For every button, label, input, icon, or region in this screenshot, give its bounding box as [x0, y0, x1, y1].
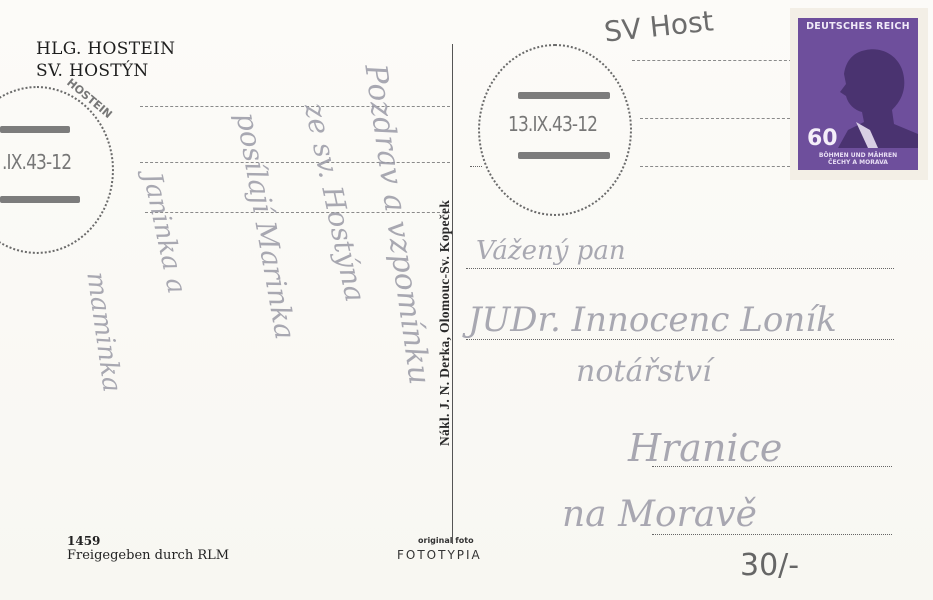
title-line-2: SV. HOSTÝN	[36, 60, 149, 82]
pencil-note-bottom: 30/-	[740, 548, 799, 583]
postcard-back: HLG. HOSTEIN SV. HOSTÝN .IX.43-12 HOSTEI…	[0, 0, 933, 600]
catalog-number: 1459	[67, 534, 100, 548]
message-line: maminka	[80, 270, 127, 394]
address-line: na Moravě	[562, 494, 757, 535]
publisher-imprint: Nákl. J. N. Derka, Olomouc-Sv. Kopeček	[437, 200, 453, 446]
postmark-bar	[0, 126, 70, 133]
address-rule	[466, 268, 894, 269]
address-line: Hranice	[628, 426, 782, 470]
stamp-design: DEUTSCHES REICH 60 BÖHMEN UND MÄHREN ČEC…	[798, 18, 918, 170]
stamp-footer-line-1: BÖHMEN UND MÄHREN	[798, 152, 918, 159]
postmark-left-date: .IX.43-12	[2, 150, 71, 174]
postmark-bar	[518, 152, 610, 159]
title-line-1: HLG. HOSTEIN	[36, 38, 175, 60]
stamp-footer-line-2: ČECHY A MORAVA	[798, 159, 918, 166]
cancel-line	[640, 166, 790, 167]
stamp-header: DEUTSCHES REICH	[798, 18, 918, 34]
stamp-footer: BÖHMEN UND MÄHREN ČECHY A MORAVA	[798, 152, 918, 166]
message-line: Janinka a	[137, 170, 192, 296]
pencil-note-top: SV Host	[603, 4, 715, 48]
postmark-bar	[0, 196, 80, 203]
address-line: Vážený pan	[476, 236, 626, 266]
cancel-line	[632, 60, 792, 61]
censor-note: Freigegeben durch RLM	[67, 548, 229, 563]
postmark-bar	[518, 92, 610, 99]
photo-brand: FOTOTYPIA	[397, 548, 482, 562]
photo-label: original foto	[418, 536, 474, 545]
cancel-line	[140, 106, 450, 107]
cancel-line	[470, 166, 482, 167]
postmark-right-date: 13.IX.43-12	[508, 112, 597, 136]
stamp-value: 60	[807, 126, 838, 151]
message-line: Pozdrav a vzpomínku	[357, 62, 437, 387]
message-line: posílají Marinka	[230, 110, 302, 342]
postage-stamp: DEUTSCHES REICH 60 BÖHMEN UND MÄHREN ČEC…	[790, 8, 928, 180]
address-line: notářství	[576, 354, 712, 389]
message-line: ze sv. Hostýna	[298, 100, 372, 305]
address-line: JUDr. Innocenc Loník	[468, 300, 837, 340]
cancel-line	[640, 118, 790, 119]
